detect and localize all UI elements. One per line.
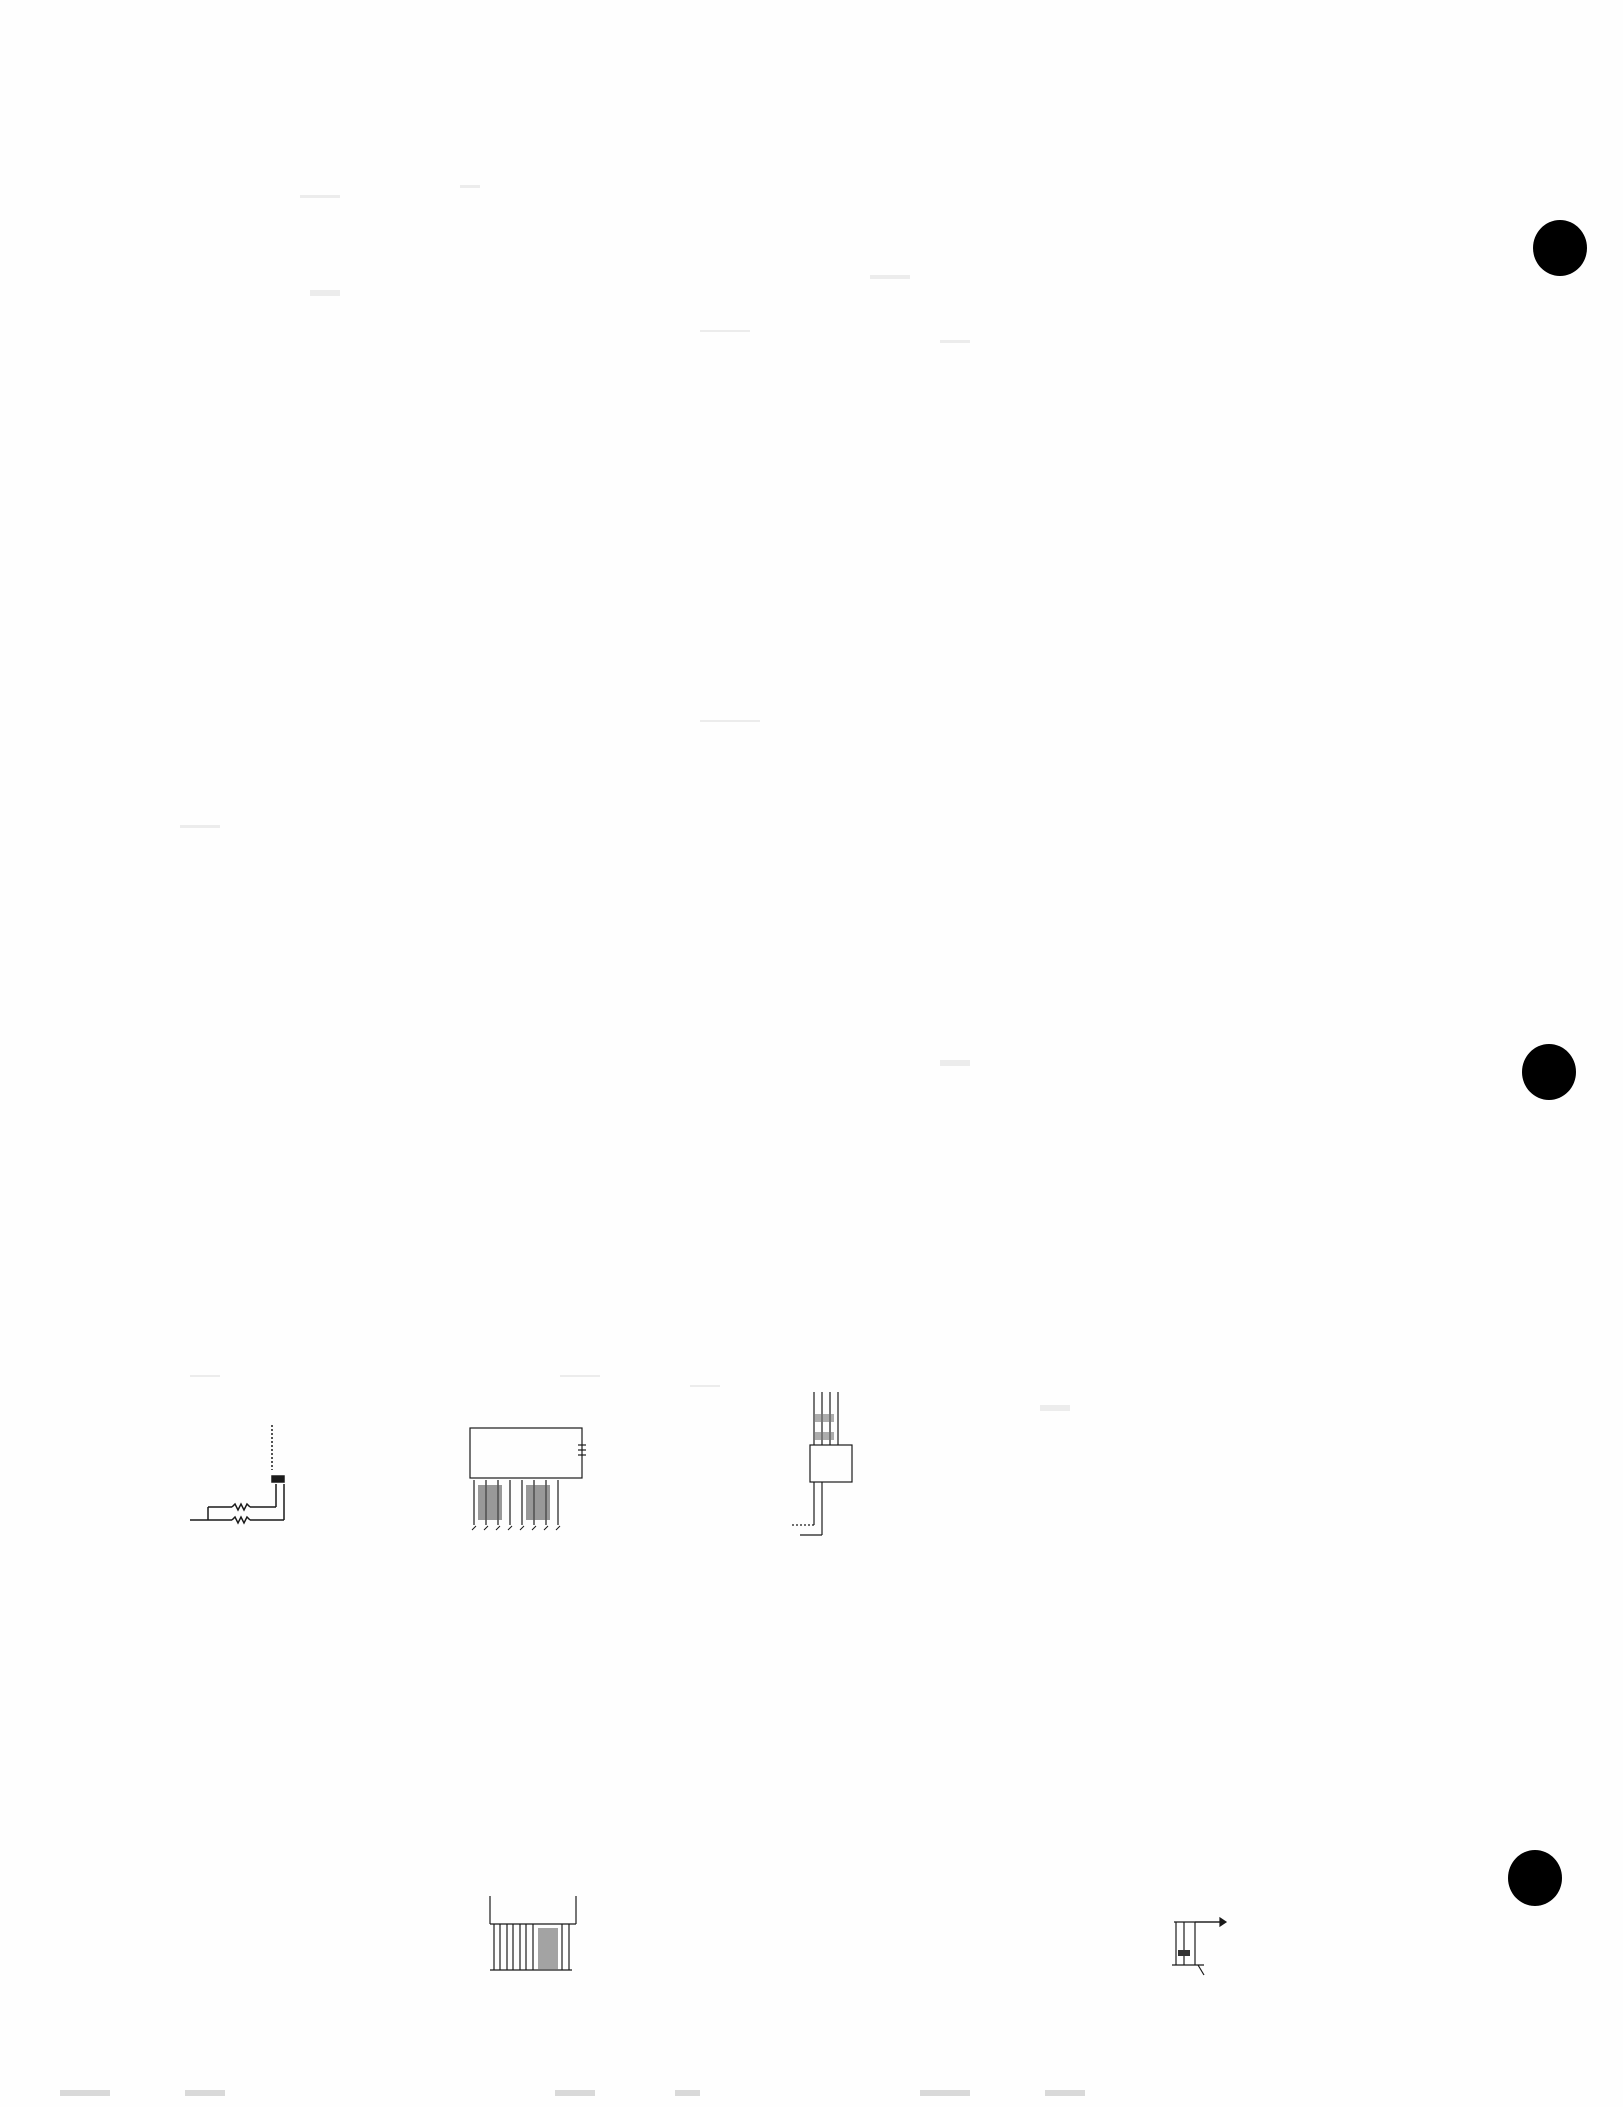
- schematic-fragment-connector: [460, 1870, 600, 1980]
- punch-hole-bottom: [1508, 1850, 1562, 1906]
- scan-edge: [0, 2090, 1623, 2096]
- faint-mark: [180, 825, 220, 828]
- faint-mark: [560, 1375, 600, 1377]
- scanned-schematic-page: [0, 0, 1623, 2107]
- punch-hole-top: [1533, 220, 1587, 276]
- faint-mark: [190, 1375, 220, 1377]
- faint-mark: [870, 275, 910, 279]
- schematic-fragment-switch-ground: [1140, 1880, 1250, 1990]
- faint-mark: [940, 340, 970, 343]
- faint-mark: [300, 195, 340, 198]
- schematic-fragment-ic-inputs: [770, 1370, 890, 1540]
- faint-mark: [460, 185, 480, 188]
- faint-mark: [940, 1060, 970, 1066]
- faint-mark: [700, 720, 760, 722]
- faint-mark: [690, 1385, 720, 1387]
- schematic-fragment-ic-capacitor-array: [440, 1390, 600, 1540]
- faint-mark: [310, 290, 340, 296]
- faint-mark: [1040, 1405, 1070, 1411]
- schematic-fragment-transistor: [160, 1400, 320, 1560]
- faint-mark: [700, 330, 750, 332]
- punch-hole-middle: [1522, 1044, 1576, 1100]
